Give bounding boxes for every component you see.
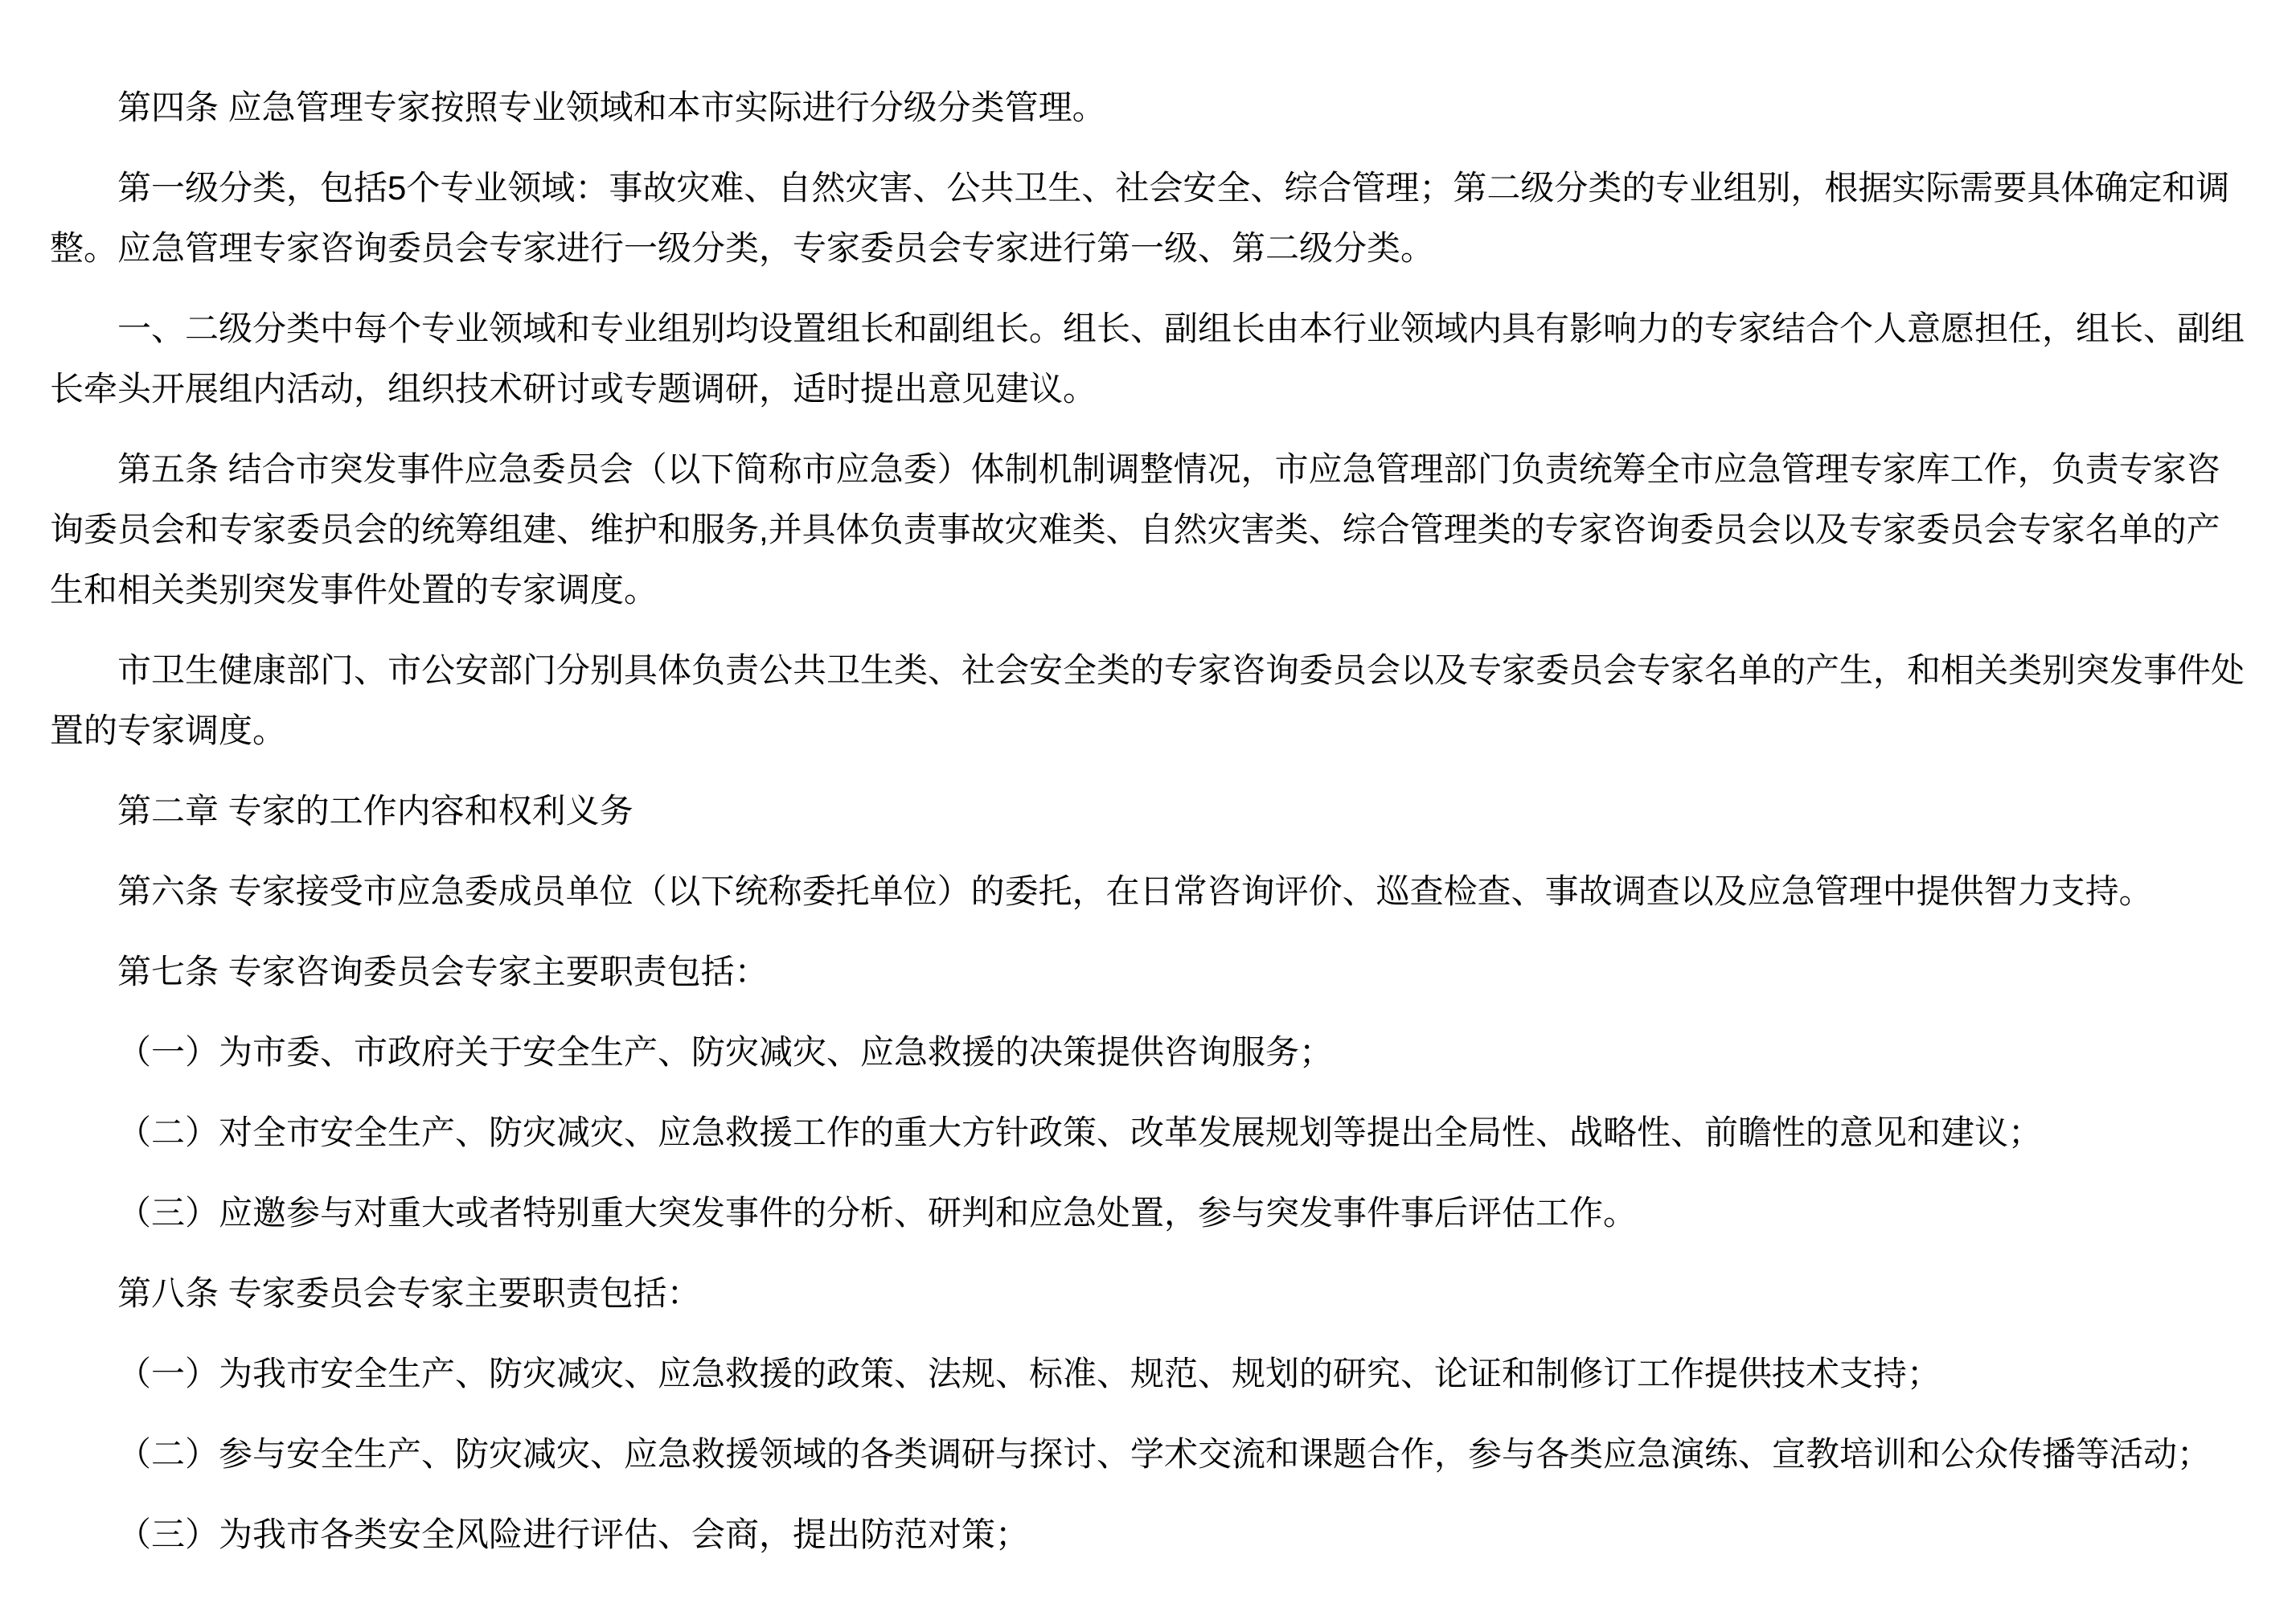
paragraph: （二）参与安全生产、防灾减灾、应急救援领域的各类调研与探讨、学术交流和课题合作，…: [50, 1424, 2246, 1484]
paragraph: 一、二级分类中每个专业领域和专业组别均设置组长和副组长。组长、副组长由本行业领域…: [50, 298, 2246, 419]
paragraph: 第八条 专家委员会专家主要职责包括：: [50, 1263, 2246, 1323]
paragraph: （三）为我市各类安全风险进行评估、会商，提出防范对策；: [50, 1504, 2246, 1565]
document-body: 第四条 应急管理专家按照专业领域和本市实际进行分级分类管理。第一级分类，包括5个…: [0, 0, 2296, 1624]
paragraph: 第四条 应急管理专家按照专业领域和本市实际进行分级分类管理。: [50, 77, 2246, 137]
paragraph: 第五条 结合市突发事件应急委员会（以下简称市应急委）体制机制调整情况，市应急管理…: [50, 439, 2246, 620]
paragraph: （二）对全市安全生产、防灾减灾、应急救援工作的重大方针政策、改革发展规划等提出全…: [50, 1102, 2246, 1163]
paragraph: 市卫生健康部门、市公安部门分别具体负责公共卫生类、社会安全类的专家咨询委员会以及…: [50, 640, 2246, 761]
paragraph: （一）为市委、市政府关于安全生产、防灾减灾、应急救援的决策提供咨询服务；: [50, 1022, 2246, 1082]
paragraph: 第二章 专家的工作内容和权利义务: [50, 781, 2246, 841]
paragraph: （三）应邀参与对重大或者特别重大突发事件的分析、研判和应急处置，参与突发事件事后…: [50, 1183, 2246, 1243]
paragraph: 第六条 专家接受市应急委成员单位（以下统称委托单位）的委托，在日常咨询评价、巡查…: [50, 861, 2246, 921]
paragraph: （一）为我市安全生产、防灾减灾、应急救援的政策、法规、标准、规范、规划的研究、论…: [50, 1343, 2246, 1404]
paragraph: 第一级分类，包括5个专业领域：事故灾难、自然灾害、公共卫生、社会安全、综合管理；…: [50, 158, 2246, 278]
paragraph: 第七条 专家咨询委员会专家主要职责包括：: [50, 941, 2246, 1002]
